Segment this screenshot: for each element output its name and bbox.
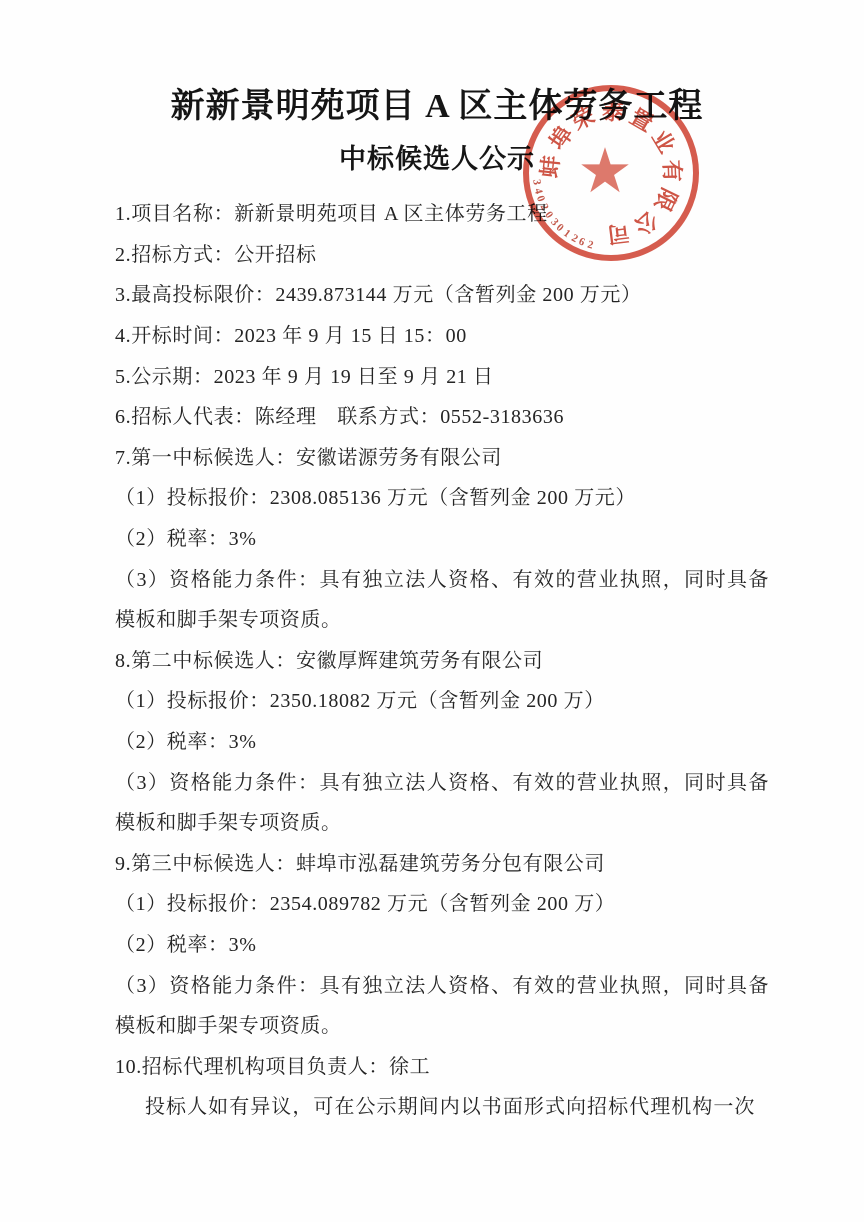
- doc-line-publicity-period: 5.公示期：2023 年 9 月 19 日至 9 月 21 日: [115, 357, 759, 398]
- doc-line-max-price: 3.最高投标限价：2439.873144 万元（含暂列金 200 万元）: [115, 275, 759, 316]
- doc-line-candidate2-qualification-wrap: 模板和脚手架专项资质。: [115, 803, 759, 844]
- doc-line-tenderer-contact: 6.招标人代表：陈经理 联系方式：0552-3183636: [115, 397, 759, 438]
- document-body: 1.项目名称：新新景明苑项目 A 区主体劳务工程 2.招标方式：公开招标 3.最…: [115, 194, 759, 1128]
- doc-line-candidate3-tax: （2）税率：3%: [115, 925, 759, 966]
- doc-line-candidate1-tax: （2）税率：3%: [115, 519, 759, 560]
- doc-line-bid-method: 2.招标方式：公开招标: [115, 235, 759, 276]
- doc-line-opening-time: 4.开标时间：2023 年 9 月 15 日 15：00: [115, 316, 759, 357]
- doc-line-candidate2-tax: （2）税率：3%: [115, 722, 759, 763]
- doc-line-candidate1-qualification: （3）资格能力条件：具有独立法人资格、有效的营业执照，同时具备: [115, 560, 759, 601]
- document-subtitle: 中标候选人公示: [115, 143, 759, 177]
- document-page: 新新景明苑项目 A 区主体劳务工程 中标候选人公示 1.项目名称：新新景明苑项目…: [0, 0, 864, 1222]
- doc-line-candidate2-qualification: （3）资格能力条件：具有独立法人资格、有效的营业执照，同时具备: [115, 763, 759, 804]
- doc-line-candidate3-qualification: （3）资格能力条件：具有独立法人资格、有效的营业执照，同时具备: [115, 966, 759, 1007]
- doc-line-candidate3: 9.第三中标候选人：蚌埠市泓磊建筑劳务分包有限公司: [115, 844, 759, 885]
- doc-line-candidate1: 7.第一中标候选人：安徽诺源劳务有限公司: [115, 438, 759, 479]
- doc-line-candidate3-price: （1）投标报价：2354.089782 万元（含暂列金 200 万）: [115, 884, 759, 925]
- doc-line-project-name: 1.项目名称：新新景明苑项目 A 区主体劳务工程: [115, 194, 759, 235]
- announcement-document: 新新景明苑项目 A 区主体劳务工程 中标候选人公示 1.项目名称：新新景明苑项目…: [115, 86, 759, 1128]
- doc-line-candidate2: 8.第二中标候选人：安徽厚辉建筑劳务有限公司: [115, 641, 759, 682]
- doc-line-candidate2-price: （1）投标报价：2350.18082 万元（含暂列金 200 万）: [115, 681, 759, 722]
- doc-line-candidate3-qualification-wrap: 模板和脚手架专项资质。: [115, 1006, 759, 1047]
- doc-line-candidate1-price: （1）投标报价：2308.085136 万元（含暂列金 200 万元）: [115, 478, 759, 519]
- doc-line-objection-notice: 投标人如有异议，可在公示期间内以书面形式向招标代理机构一次: [115, 1087, 759, 1128]
- doc-line-candidate1-qualification-wrap: 模板和脚手架专项资质。: [115, 600, 759, 641]
- document-title: 新新景明苑项目 A 区主体劳务工程: [115, 86, 759, 129]
- doc-line-agency-manager: 10.招标代理机构项目负责人：徐工: [115, 1047, 759, 1088]
